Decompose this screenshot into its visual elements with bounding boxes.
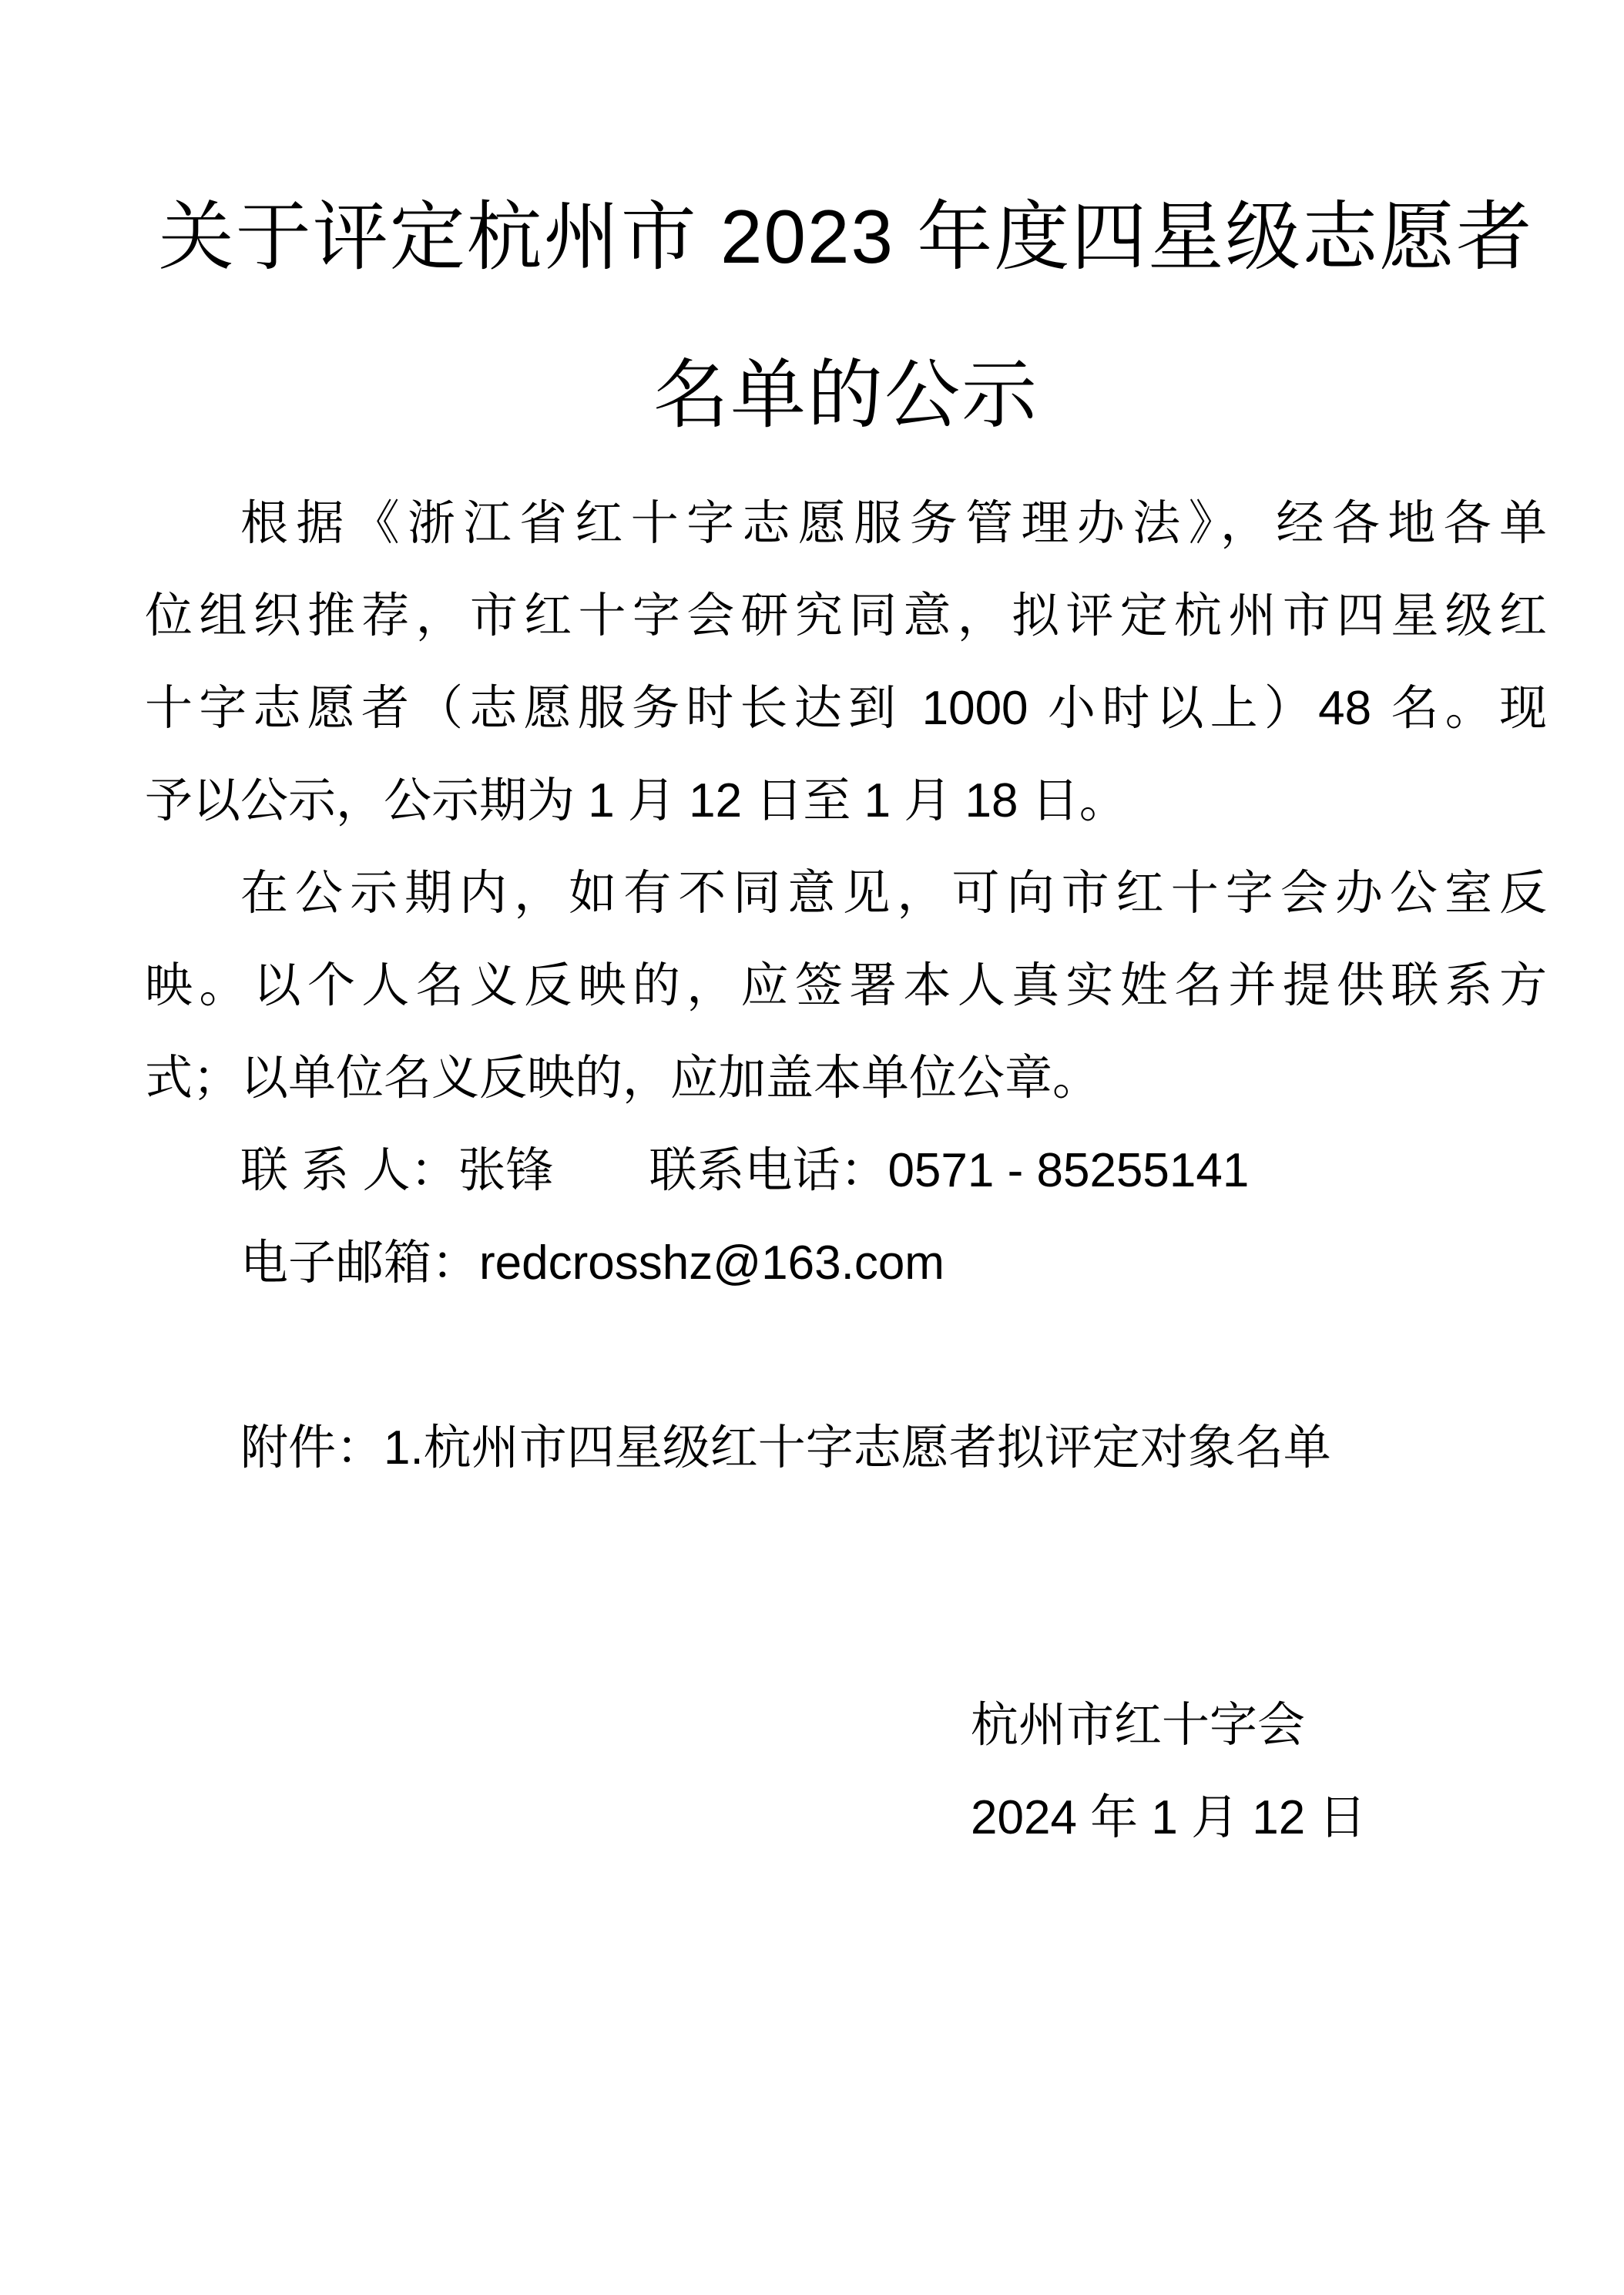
paragraph2-line3: 式；以单位名义反映的，应加盖本单位公章。 bbox=[145, 1032, 1547, 1125]
contact-email-line: 电子邮箱：redcrosshz@163.com bbox=[145, 1217, 1547, 1310]
paragraph1-line1: 根据《浙江省红十字志愿服务管理办法》，经各地各单 bbox=[145, 478, 1547, 570]
paragraph2-line1: 在公示期内，如有不同意见，可向市红十字会办公室反 bbox=[145, 847, 1547, 940]
document-title: 关于评定杭州市 2023 年度四星级志愿者 名单的公示 bbox=[145, 158, 1547, 474]
signature-date: 2024 年 1 月 12 日 bbox=[971, 1772, 1433, 1864]
paragraph2-line2: 映。以个人名义反映的，应签署本人真实姓名并提供联系方 bbox=[145, 940, 1547, 1032]
attachment-section: 附件：1.杭州市四星级红十字志愿者拟评定对象名单 bbox=[145, 1402, 1547, 1495]
paragraph1-line4: 予以公示，公示期为 1 月 12 日至 1 月 18 日。 bbox=[145, 755, 1547, 847]
document-body: 根据《浙江省红十字志愿服务管理办法》，经各地各单 位组织推荐，市红十字会研究同意… bbox=[145, 478, 1547, 1310]
paragraph1-line2: 位组织推荐，市红十字会研究同意，拟评定杭州市四星级红 bbox=[145, 570, 1547, 663]
document-title-line-2: 名单的公示 bbox=[145, 316, 1547, 474]
paragraph1-line3: 十字志愿者（志愿服务时长达到 1000 小时以上）48 名。现 bbox=[145, 663, 1547, 755]
contact-person-phone-line: 联 系 人：张锋 联系电话：0571 - 85255141 bbox=[145, 1125, 1547, 1217]
signature-section: 杭州市红十字会 2024 年 1 月 12 日 bbox=[971, 1679, 1433, 1864]
notice-document-page: 关于评定杭州市 2023 年度四星级志愿者 名单的公示 根据《浙江省红十字志愿服… bbox=[0, 0, 1624, 2295]
document-title-line-1: 关于评定杭州市 2023 年度四星级志愿者 bbox=[145, 158, 1547, 316]
attachment-line: 附件：1.杭州市四星级红十字志愿者拟评定对象名单 bbox=[145, 1402, 1547, 1495]
signature-org: 杭州市红十字会 bbox=[971, 1679, 1433, 1772]
